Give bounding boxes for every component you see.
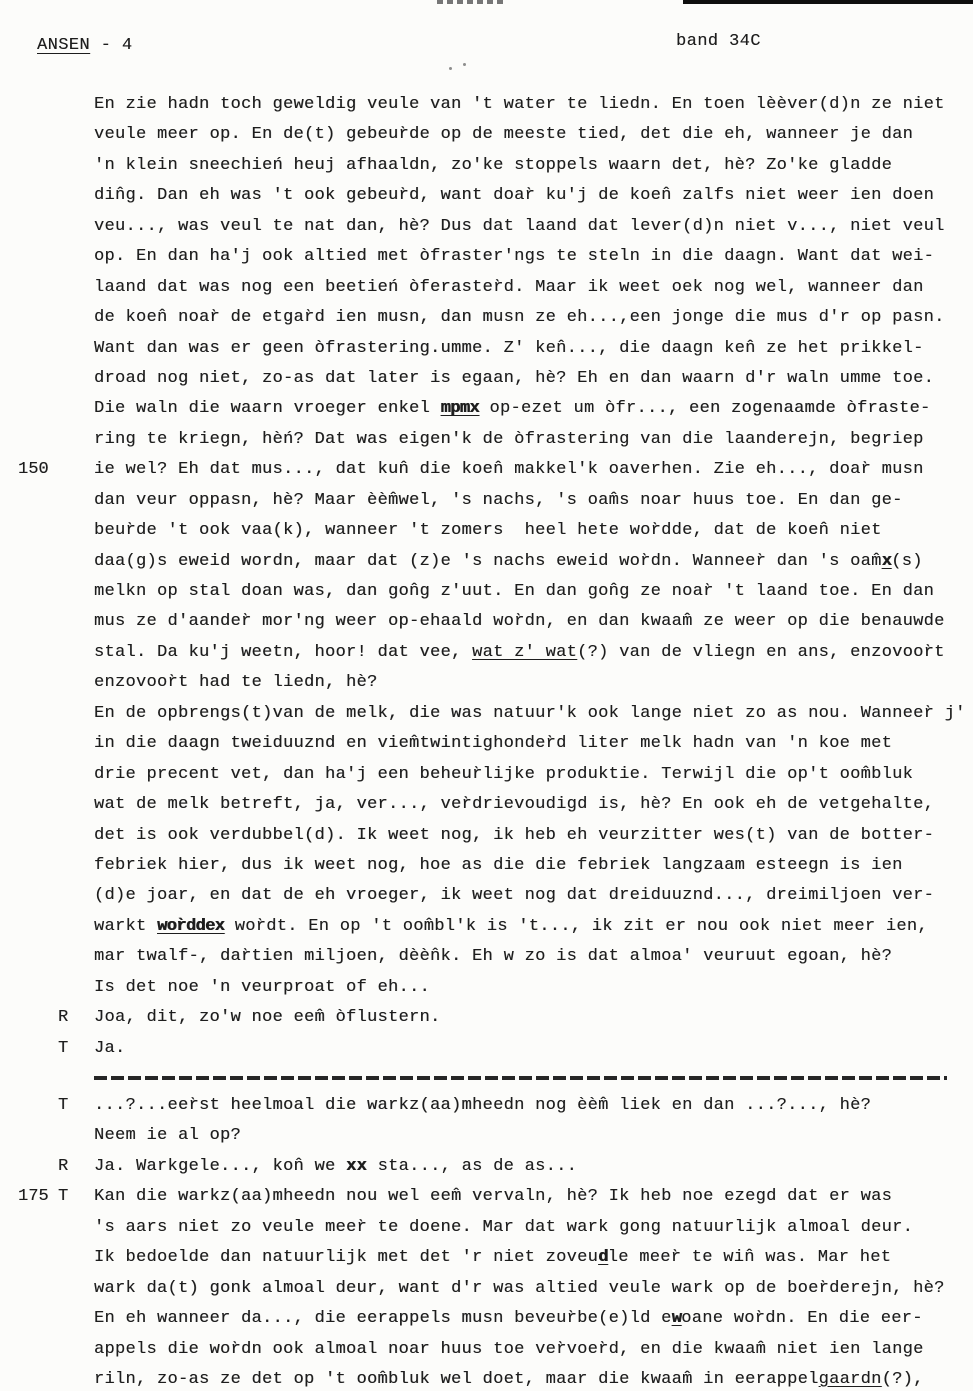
scan-speck [463,63,466,66]
text-line: 's aars niet zo veule meer̀ te doene. Ma… [6,1213,971,1243]
margin-line-number: 150 [6,455,58,485]
speaker-label: R [58,1152,94,1182]
speaker-label: T [58,1182,94,1212]
text-line: En eh wanneer da..., die eerappels musn … [6,1304,971,1334]
band-label: band 34C [676,32,761,51]
line-text: droad nog niet, zo-as dat later is egaan… [94,364,971,394]
scanned-document-page: ANSEN - 4 band 34C En zie hadn toch gewe… [0,0,973,1391]
text-line: mus ze d'aander̀ mor'ng weer op-ehaald w… [6,607,971,637]
text-line: Want dan was er geen òfrastering.umme. Z… [6,334,971,364]
scan-artifact-top-center [437,0,503,4]
text-line: din̂g. Dan eh was 't ook gebeur̀d, want … [6,181,971,211]
line-text: melkn op stal doan was, dan gon̂g z'uut.… [94,577,971,607]
line-text: Ik bedoelde dan natuurlijk met det 'r ni… [94,1243,971,1273]
line-text: Neem ie al op? [94,1121,971,1151]
line-text: laand dat was nog een beetień òferaster̀… [94,273,971,303]
line-text: 'n klein sneechień heuj afhaaldn, zo'ke … [94,151,971,181]
text-line: det is ook verdubbel(d). Ik weet nog, ik… [6,821,971,851]
text-line: veu..., was veul te nat dan, hè? Dus dat… [6,212,971,242]
text-line: riln, zo-as ze det op 't oom̂bluk wel do… [6,1365,971,1391]
text-line: (d)e joar, en dat de eh vroeger, ik weet… [6,881,971,911]
text-line: TJa. [6,1034,971,1064]
line-text: mar twalf-, dar̀tien miljoen, dèèn̂k. Eh… [94,942,971,972]
text-line: T...?...eer̀st heelmoal die warkz(aa)mhe… [6,1091,971,1121]
text-line: wark da(t) gonk almoal deur, want d'r wa… [6,1274,971,1304]
text-line: dan veur oppasn, hè? Maar èèm̂wel, 's na… [6,486,971,516]
typed-separator [6,1064,971,1091]
text-line: wat de melk betreft, ja, ver..., ver̀dri… [6,790,971,820]
line-text: warkt wor̀ddex wor̀dt. En op 't oom̂bl'k… [94,912,971,942]
line-text: Ja. Warkgele..., kon̂ we xx sta..., as d… [94,1152,971,1182]
line-text: Is det noe 'n veurproat of eh... [94,973,971,1003]
line-text: Kan die warkz(aa)mheedn nou wel eem̂ ver… [94,1182,971,1212]
line-text: beur̀de 't ook vaa(k), wanneer 't zomers… [94,516,971,546]
text-line: warkt wor̀ddex wor̀dt. En op 't oom̂bl'k… [6,912,971,942]
line-text: En eh wanneer da..., die eerappels musn … [94,1304,971,1334]
text-line: laand dat was nog een beetień òferaster̀… [6,273,971,303]
scan-artifact-top-right [683,0,973,4]
line-text: (d)e joar, en dat de eh vroeger, ik weet… [94,881,971,911]
text-line: appels die wor̀dn ook almoal noar huus t… [6,1335,971,1365]
text-line: veule meer op. En de(t) gebeur̀de op de … [6,120,971,150]
text-line: febriek hier, dus ik weet nog, hoe as di… [6,851,971,881]
line-text: mus ze d'aander̀ mor'ng weer op-ehaald w… [94,607,971,637]
text-line: de koen̂ noar̀ de etgar̀d ien musn, dan … [6,303,971,333]
line-text: wark da(t) gonk almoal deur, want d'r wa… [94,1274,971,1304]
page-title-underlined: ANSEN [37,36,90,55]
line-text: drie precent vet, dan ha'j een beheur̀li… [94,760,971,790]
text-line: beur̀de 't ook vaa(k), wanneer 't zomers… [6,516,971,546]
page-title: ANSEN - 4 [37,36,132,55]
text-line: Ik bedoelde dan natuurlijk met det 'r ni… [6,1243,971,1273]
line-text: riln, zo-as ze det op 't oom̂bluk wel do… [94,1365,971,1391]
typed-separator-line [94,1076,947,1080]
line-text: 's aars niet zo veule meer̀ te doene. Ma… [94,1213,971,1243]
line-text: veu..., was veul te nat dan, hè? Dus dat… [94,212,971,242]
line-text: ...?...eer̀st heelmoal die warkz(aa)mhee… [94,1091,971,1121]
text-line: En de opbrengs(t)van de melk, die was na… [6,699,971,729]
line-text: dan veur oppasn, hè? Maar èèm̂wel, 's na… [94,486,971,516]
line-text: Ja. [94,1034,971,1064]
text-line: op. En dan ha'j ook altied met òfraster'… [6,242,971,272]
line-text: stal. Da ku'j weetn, hoor! dat vee, wat … [94,638,971,668]
text-line: drie precent vet, dan ha'j een beheur̀li… [6,760,971,790]
text-line: Die waln die waarn vroeger enkel mpmx op… [6,394,971,424]
transcript-body: En zie hadn toch geweldig veule van 't w… [6,90,971,1391]
line-text: Die waln die waarn vroeger enkel mpmx op… [94,394,971,424]
line-text: de koen̂ noar̀ de etgar̀d ien musn, dan … [94,303,971,333]
speaker-label: T [58,1091,94,1121]
line-text: veule meer op. En de(t) gebeur̀de op de … [94,120,971,150]
line-text: ie wel? Eh dat mus..., dat kun̂ die koen… [94,455,971,485]
line-text: wat de melk betreft, ja, ver..., ver̀dri… [94,790,971,820]
line-text: En de opbrengs(t)van de melk, die was na… [94,699,971,729]
line-text: din̂g. Dan eh was 't ook gebeur̀d, want … [94,181,971,211]
line-text: enzovoor̀t had te liedn, hè? [94,668,971,698]
line-text: appels die wor̀dn ook almoal noar huus t… [94,1335,971,1365]
text-line: RJa. Warkgele..., kon̂ we xx sta..., as … [6,1152,971,1182]
text-line: Is det noe 'n veurproat of eh... [6,973,971,1003]
line-text: Want dan was er geen òfrastering.umme. Z… [94,334,971,364]
text-line: RJoa, dit, zo'w noe eem̂ òflustern. [6,1003,971,1033]
text-line: enzovoor̀t had te liedn, hè? [6,668,971,698]
page-title-rest: - 4 [90,36,132,55]
text-line: mar twalf-, dar̀tien miljoen, dèèn̂k. Eh… [6,942,971,972]
speaker-label: T [58,1034,94,1064]
text-line: melkn op stal doan was, dan gon̂g z'uut.… [6,577,971,607]
margin-line-number: 175 [6,1182,58,1212]
text-line: 150ie wel? Eh dat mus..., dat kun̂ die k… [6,455,971,485]
text-line: stal. Da ku'j weetn, hoor! dat vee, wat … [6,638,971,668]
line-text: febriek hier, dus ik weet nog, hoe as di… [94,851,971,881]
line-text: in die daagn tweiduuznd en viem̂twintigh… [94,729,971,759]
line-text: En zie hadn toch geweldig veule van 't w… [94,90,971,120]
line-text: op. En dan ha'j ook altied met òfraster'… [94,242,971,272]
text-line: 175TKan die warkz(aa)mheedn nou wel eem̂… [6,1182,971,1212]
text-line: En zie hadn toch geweldig veule van 't w… [6,90,971,120]
text-line: droad nog niet, zo-as dat later is egaan… [6,364,971,394]
text-line: daa(g)s eweid wordn, maar dat (z)e 's na… [6,547,971,577]
text-line: Neem ie al op? [6,1121,971,1151]
text-line: 'n klein sneechień heuj afhaaldn, zo'ke … [6,151,971,181]
scan-speck [449,67,452,70]
text-line: in die daagn tweiduuznd en viem̂twintigh… [6,729,971,759]
speaker-label: R [58,1003,94,1033]
line-text: det is ook verdubbel(d). Ik weet nog, ik… [94,821,971,851]
line-text: daa(g)s eweid wordn, maar dat (z)e 's na… [94,547,971,577]
text-line: ring te kriegn, hèń? Dat was eigen'k de … [6,425,971,455]
line-text: Joa, dit, zo'w noe eem̂ òflustern. [94,1003,971,1033]
line-text: ring te kriegn, hèń? Dat was eigen'k de … [94,425,971,455]
